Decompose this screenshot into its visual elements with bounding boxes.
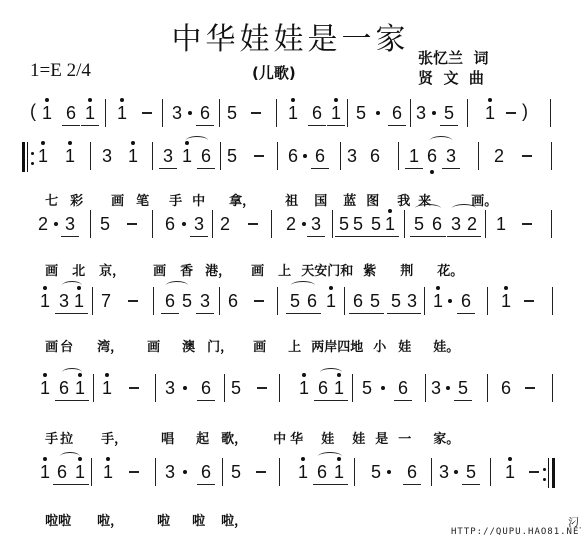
note: 6 [459, 291, 473, 311]
note: 3 [170, 103, 184, 123]
note: 2 [465, 214, 479, 234]
augmentation-dot [381, 386, 385, 390]
barline [490, 458, 491, 486]
dash [248, 223, 258, 225]
lyric-char: 四 [337, 340, 350, 355]
slur [430, 136, 452, 145]
note: 5 [354, 103, 368, 123]
slur [415, 204, 441, 213]
dash [256, 471, 266, 473]
lyric-char: 华 [290, 432, 303, 447]
notation-row-5: 1 6 1 1 3 6 5 1 6 1 5 6 3 5 1 [0, 454, 581, 494]
note: 1 [332, 378, 346, 398]
note: 6 [499, 378, 513, 398]
note: 2 [492, 146, 506, 166]
lyric-char: 两 [311, 340, 324, 355]
note: 6 [198, 103, 212, 123]
note: 6 [163, 291, 177, 311]
note: 5 [225, 146, 239, 166]
augmentation-dot [54, 222, 58, 226]
barline [105, 99, 106, 127]
barline [93, 374, 94, 402]
note: 1 [36, 146, 50, 166]
note: 1 [503, 462, 517, 482]
note: 5 [98, 214, 112, 234]
note: 6 [430, 214, 444, 234]
note: 1 [431, 291, 445, 311]
slur [452, 204, 476, 213]
lyric-char: 门， [207, 340, 233, 355]
slur [62, 368, 82, 377]
barline [220, 142, 221, 170]
lyric-char: 天 [301, 264, 314, 279]
augmentation-dot [182, 222, 186, 226]
note: 2 [218, 214, 232, 234]
dash [254, 155, 264, 157]
lyric-char: 拉 [60, 432, 73, 447]
note: 6 [315, 462, 329, 482]
lyric-char: 啦 [157, 514, 170, 529]
barline [487, 287, 488, 315]
repeat-end-thin [548, 458, 549, 488]
barline [551, 142, 552, 170]
note: 1 [38, 462, 52, 482]
dash [506, 112, 516, 114]
note: 5 [389, 291, 403, 311]
barline [155, 458, 156, 486]
note: 6 [199, 378, 213, 398]
note: 6 [57, 378, 71, 398]
barline [271, 210, 272, 238]
barline [279, 458, 280, 486]
lyric-char: 和 [340, 264, 353, 279]
lyric-char: 一 [398, 432, 411, 447]
note: 6 [405, 462, 419, 482]
barline [212, 210, 213, 238]
note: 2 [36, 214, 50, 234]
slur [291, 281, 315, 290]
barline [550, 99, 551, 127]
barline [277, 287, 278, 315]
note: 5 [360, 378, 374, 398]
note: 5 [337, 214, 351, 234]
note: 1 [494, 214, 508, 234]
credits: 张忆兰 词 贤 文 曲 [418, 48, 488, 88]
lyric-char: 荆 [400, 264, 413, 279]
note: 3 [100, 146, 114, 166]
notation-row-3: 1 3 1 7 6 5 3 6 5 6 1 6 5 5 3 1 6 1 [0, 283, 581, 323]
lyrics-line-4: 手拉手，唱起歌，中华娃娃是一家。 [36, 413, 459, 447]
augmentation-dot [432, 111, 436, 115]
lyric-char: 紫 [363, 264, 376, 279]
lyric-char: 起 [196, 432, 209, 447]
slur [166, 281, 188, 290]
dash [128, 300, 138, 302]
augmentation-dot [454, 470, 458, 474]
barline [431, 458, 432, 486]
note: 1 [324, 291, 338, 311]
lyric-char: 湾， [97, 340, 123, 355]
note: 3 [309, 214, 323, 234]
note: 1 [180, 146, 194, 166]
dash [129, 471, 139, 473]
barline [552, 374, 553, 402]
slur [318, 452, 342, 461]
barline [219, 287, 220, 315]
note: 6 [163, 214, 177, 234]
augmentation-dot [183, 386, 187, 390]
dash [251, 112, 261, 114]
note: 2 [284, 214, 298, 234]
note: 5 [456, 378, 470, 398]
barline [424, 287, 425, 315]
barline [340, 142, 341, 170]
dash [524, 300, 534, 302]
lyric-char: 娃 [352, 432, 365, 447]
note: 1 [332, 462, 346, 482]
lyric-char: 港， [205, 264, 231, 279]
close-paren: ) [522, 101, 528, 122]
note: 6 [425, 146, 439, 166]
note: 1 [83, 103, 97, 123]
note: 1 [73, 378, 87, 398]
note: 1 [296, 462, 310, 482]
barline [279, 374, 280, 402]
dash [127, 223, 137, 225]
lyric-char: 地 [350, 340, 363, 355]
dash [522, 223, 532, 225]
lyric-char: 京， [99, 264, 125, 279]
note: 5 [442, 103, 456, 123]
lyric-char: 安 [314, 264, 327, 279]
dash [522, 155, 532, 157]
barline [487, 374, 488, 402]
note: 5 [369, 214, 383, 234]
lyric-char: 是 [375, 432, 388, 447]
lyric-char: 啦， [221, 514, 247, 529]
note: 5 [180, 291, 194, 311]
augmentation-dot [302, 222, 306, 226]
note: 5 [229, 378, 243, 398]
note: 1 [407, 146, 421, 166]
composer-credit: 贤 文 曲 [418, 68, 488, 88]
slur [62, 281, 82, 290]
note: 6 [64, 103, 78, 123]
note: 1 [483, 103, 497, 123]
note: 5 [225, 103, 239, 123]
note: 5 [464, 462, 478, 482]
lyric-char: 门 [327, 264, 340, 279]
barline [276, 99, 277, 127]
lyric-char: 画 [253, 340, 266, 355]
note: 1 [101, 462, 115, 482]
lyric-char: 歌， [221, 432, 247, 447]
barline [91, 458, 92, 486]
dash [525, 387, 535, 389]
barline [219, 99, 220, 127]
barline [485, 210, 486, 238]
barline [332, 210, 333, 238]
lyric-char: 手 [45, 432, 58, 447]
repeat-dot [31, 152, 34, 155]
lyric-char: 娃 [398, 340, 411, 355]
barline [352, 374, 353, 402]
barline [347, 99, 348, 127]
page-title: 中华娃娃是一家 [0, 14, 581, 58]
lyric-char: 香 [180, 264, 193, 279]
barline [478, 142, 479, 170]
barline [277, 142, 278, 170]
barline [404, 210, 405, 238]
repeat-end-thick [552, 458, 555, 488]
dash [142, 112, 152, 114]
note: 1 [126, 146, 140, 166]
barline [398, 142, 399, 170]
note: 3 [449, 214, 463, 234]
note: 3 [429, 378, 443, 398]
note: 1 [38, 378, 52, 398]
dash [529, 471, 539, 473]
note: 6 [368, 146, 382, 166]
watermark-url: HTTP://QUPU.HAO81.NET [451, 527, 581, 537]
barline [155, 374, 156, 402]
note: 1 [383, 214, 397, 234]
barline [224, 374, 225, 402]
note: 5 [288, 291, 302, 311]
note: 3 [192, 214, 206, 234]
lyric-char: 澳 [182, 340, 195, 355]
note: 5 [369, 462, 383, 482]
augmentation-dot [183, 470, 187, 474]
note: 6 [351, 291, 365, 311]
augmentation-dot [448, 299, 452, 303]
lyric-char: 岸 [324, 340, 337, 355]
slur [60, 452, 80, 461]
note: 3 [405, 291, 419, 311]
note: 6 [313, 146, 327, 166]
barline [152, 142, 153, 170]
note: 1 [115, 103, 129, 123]
lyric-char: 北 [72, 264, 85, 279]
barline [153, 287, 154, 315]
augmentation-dot [303, 154, 307, 158]
lyrics-line-2: 画北京，画香港，画上天安门和紫荆花。 [36, 245, 463, 279]
note: 3 [444, 146, 458, 166]
note: 6 [390, 103, 404, 123]
note: 1 [286, 103, 300, 123]
note: 1 [100, 378, 114, 398]
augmentation-dot [387, 470, 391, 474]
note: 6 [305, 291, 319, 311]
notation-row-1: 1 1 3 1 3 1 6 5 6 6 3 6 1 6 3 2 [0, 138, 581, 178]
note: 3 [57, 291, 71, 311]
barline [222, 458, 223, 486]
lyric-char: 画 [45, 264, 58, 279]
augmentation-dot [188, 111, 192, 115]
repeat-dot [543, 478, 546, 481]
note: 6 [310, 103, 324, 123]
lyric-char: 上 [288, 340, 301, 355]
barline [92, 287, 93, 315]
augmentation-dot [446, 386, 450, 390]
note: 1 [73, 462, 87, 482]
note: 6 [286, 146, 300, 166]
notation-row-intro: ( 1 6 1 1 3 6 5 1 6 1 5 6 3 5 1 ) [0, 95, 581, 135]
lyric-char: 家。 [433, 432, 459, 447]
repeat-dot [543, 468, 546, 471]
note: 3 [198, 291, 212, 311]
lyricist-credit: 张忆兰 词 [418, 48, 488, 68]
note: 1 [72, 291, 86, 311]
barline [90, 142, 91, 170]
lyric-char: 啦 [45, 514, 58, 529]
note: 1 [63, 146, 77, 166]
lyric-char: 画 [147, 340, 160, 355]
lyrics-line-5: 啦啦啦，啦啦啦， [36, 495, 247, 529]
note: 6 [226, 291, 240, 311]
note: 6 [55, 462, 69, 482]
barline [425, 374, 426, 402]
note: 5 [368, 291, 382, 311]
barline [162, 99, 163, 127]
note: 6 [199, 146, 213, 166]
key-time-signature: 1=E 2/4 [30, 60, 91, 82]
lyric-char: 手， [101, 432, 127, 447]
note: 1 [499, 291, 513, 311]
lyric-char: 唱 [161, 432, 174, 447]
lyric-char: 画 [251, 264, 264, 279]
dash [254, 300, 264, 302]
note: 3 [345, 146, 359, 166]
note: 7 [99, 291, 113, 311]
note: 3 [414, 103, 428, 123]
note: 3 [63, 214, 77, 234]
barline [410, 99, 411, 127]
lyric-char: 啦 [58, 514, 71, 529]
notation-row-4: 1 6 1 1 3 6 5 1 6 1 5 6 3 5 6 [0, 370, 581, 410]
barline [552, 287, 553, 315]
barline [551, 210, 552, 238]
note: 5 [229, 462, 243, 482]
note: 1 [329, 103, 343, 123]
note: 3 [161, 146, 175, 166]
lyric-char: 娃 [321, 432, 334, 447]
note: 6 [316, 378, 330, 398]
note: 1 [40, 103, 54, 123]
note: 1 [297, 378, 311, 398]
lyric-char: 娃。 [433, 340, 459, 355]
barline [90, 210, 91, 238]
repeat-start-thick [22, 142, 25, 172]
repeat-dot [31, 162, 34, 165]
slur [186, 136, 208, 145]
barline [354, 458, 355, 486]
lyric-char: 小 [373, 340, 386, 355]
note: 5 [412, 214, 426, 234]
lyric-char: 台 [60, 340, 73, 355]
dash [129, 387, 139, 389]
genre-label: (儿歌) [252, 62, 296, 83]
note: 3 [163, 462, 177, 482]
note: 3 [437, 462, 451, 482]
lyric-char: 画 [45, 340, 58, 355]
note: 1 [38, 291, 52, 311]
barline [152, 210, 153, 238]
note: 5 [351, 214, 365, 234]
note: 6 [396, 378, 410, 398]
barline [344, 287, 345, 315]
lyric-char: 啦， [97, 514, 123, 529]
lyric-char: 啦 [192, 514, 205, 529]
note: 6 [199, 462, 213, 482]
lyric-char: 花。 [437, 264, 463, 279]
open-paren: ( [30, 101, 36, 122]
lyrics-line-3: 画台湾，画澳门，画上两岸四地小娃娃。 [36, 321, 459, 355]
repeat-start-thin [27, 142, 28, 172]
lyric-char: 上 [278, 264, 291, 279]
dash [257, 387, 267, 389]
note: 3 [163, 378, 177, 398]
lyric-char: 中 [273, 432, 286, 447]
augmentation-dot [376, 111, 380, 115]
lyric-char: 画 [153, 264, 166, 279]
notation-row-2: 2 3 5 6 3 2 2 3 5 5 5 1 5 6 3 2 1 [0, 206, 581, 246]
barline [467, 99, 468, 127]
slur [320, 368, 342, 377]
